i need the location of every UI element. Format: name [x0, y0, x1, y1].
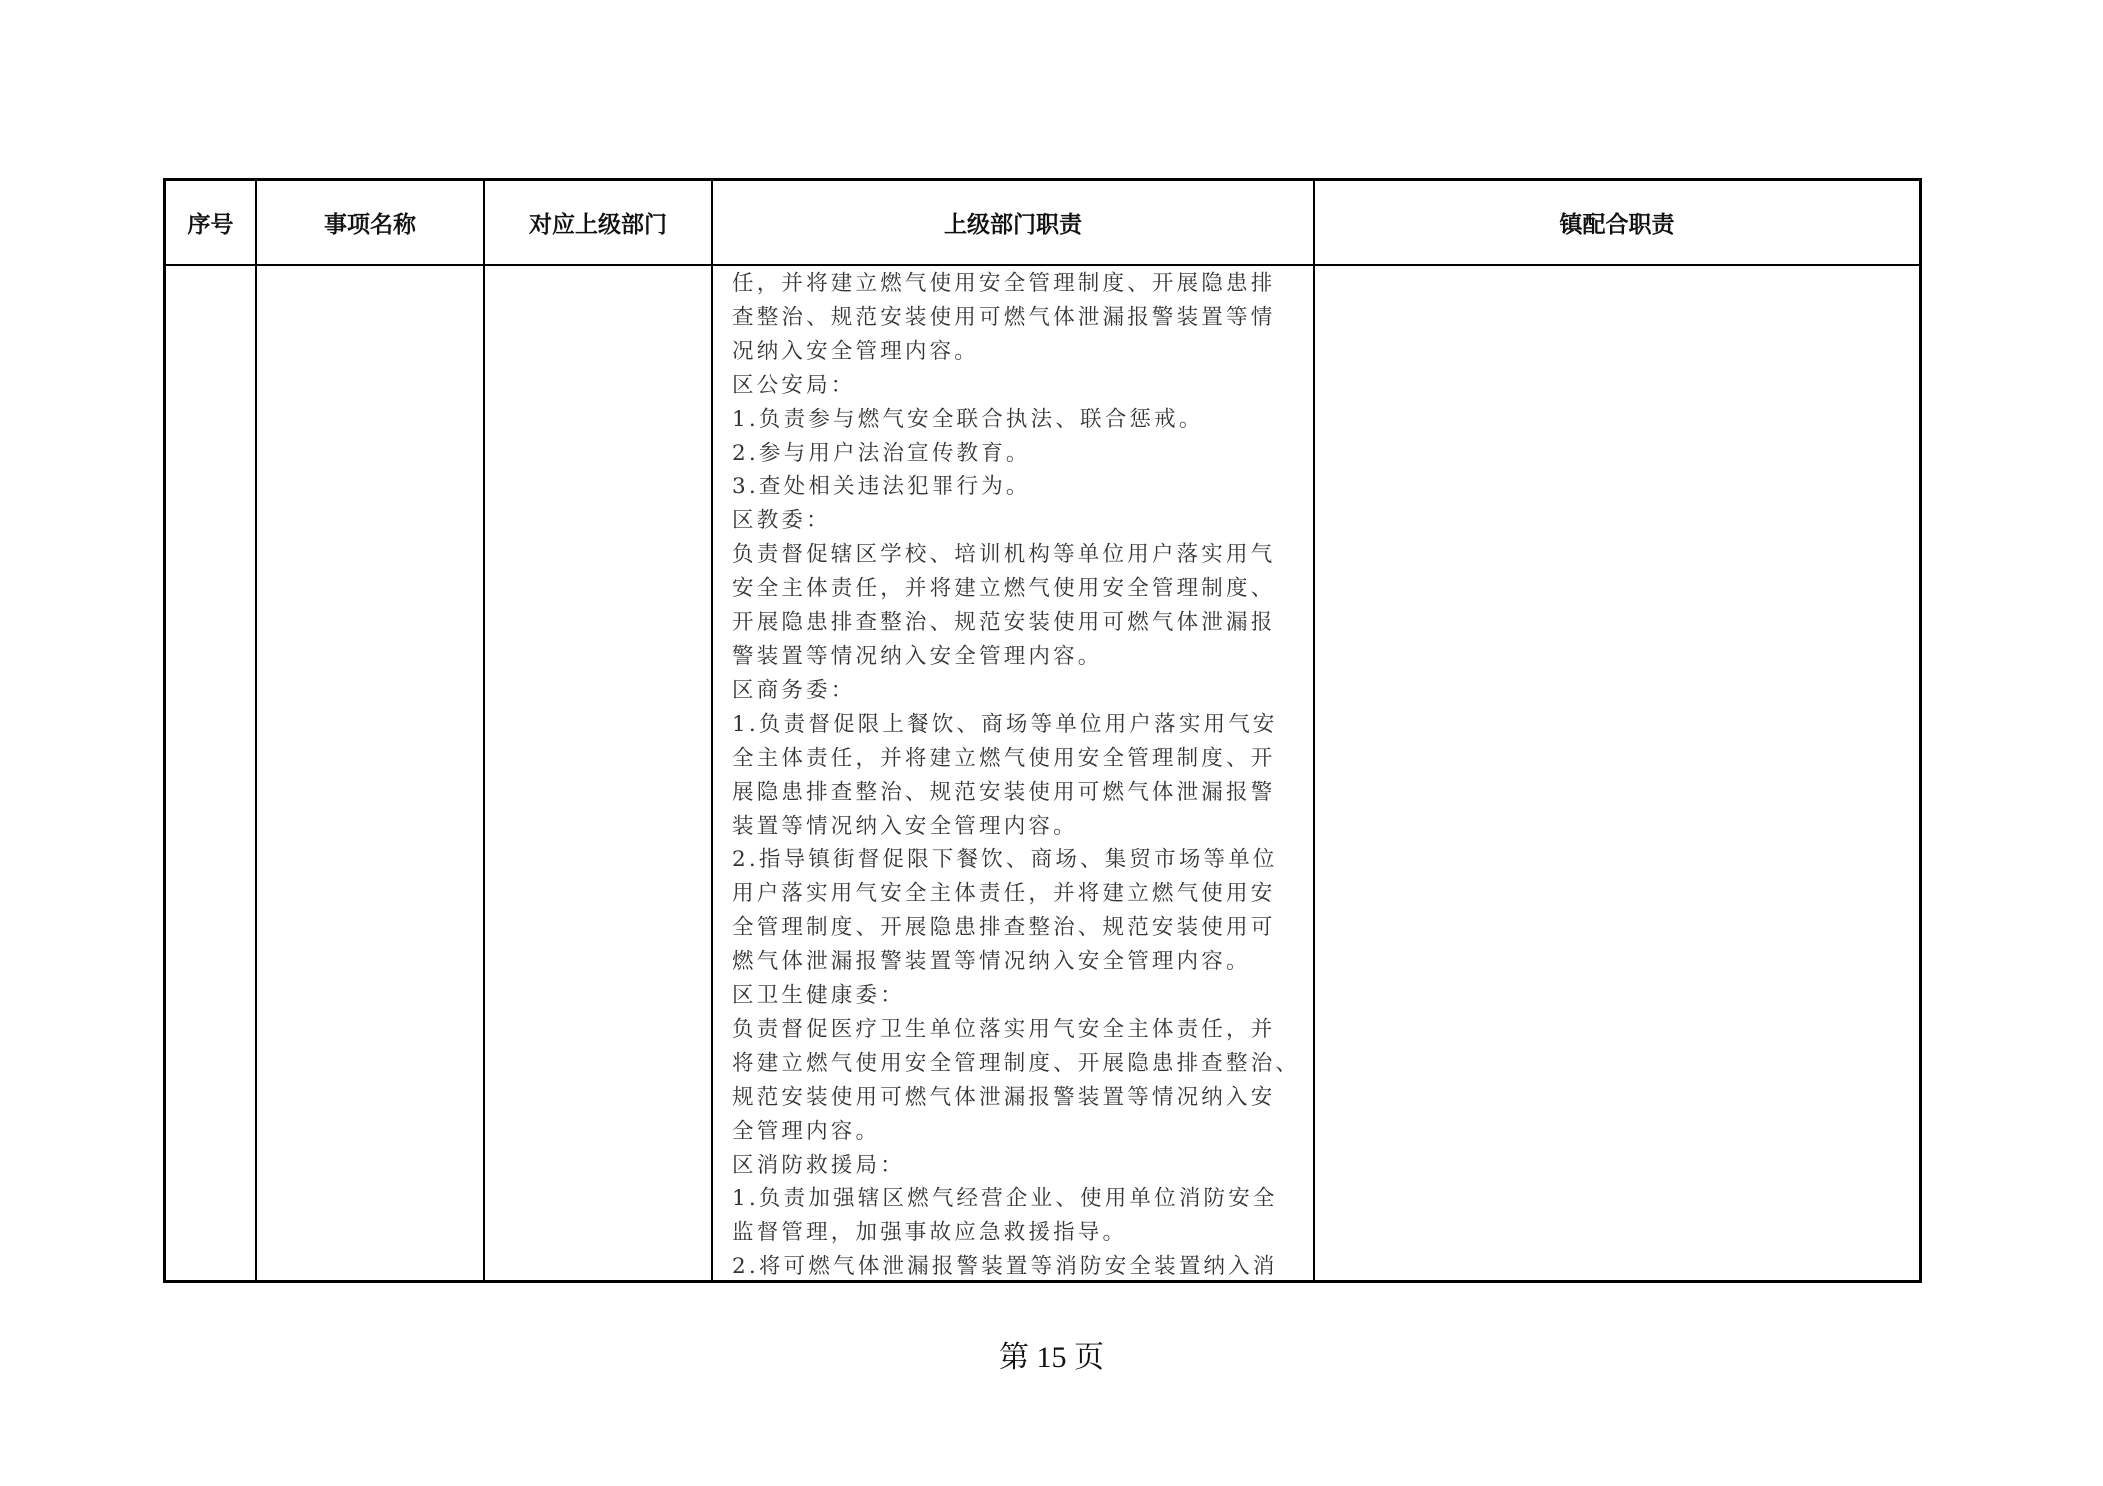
duty-line: 2.参与用户法治宣传教育。	[732, 437, 1316, 471]
duty-line: 1.负责加强辖区燃气经营企业、使用单位消防安全	[732, 1182, 1316, 1216]
duty-line: 1.负责督促限上餐饮、商场等单位用户落实用气安	[732, 708, 1316, 742]
duty-line: 警装置等情况纳入安全管理内容。	[732, 640, 1316, 674]
duty-line: 规范安装使用可燃气体泄漏报警装置等情况纳入安	[732, 1081, 1316, 1115]
duty-line: 区消防救援局：	[732, 1149, 1316, 1183]
duty-line: 全管理制度、开展隐患排查整治、规范安装使用可	[732, 911, 1316, 945]
column-divider	[711, 181, 713, 1280]
duty-line: 装置等情况纳入安全管理内容。	[732, 810, 1316, 844]
duty-line: 2.将可燃气体泄漏报警装置等消防安全装置纳入消	[732, 1250, 1316, 1283]
duty-line: 1.负责参与燃气安全联合执法、联合惩戒。	[732, 403, 1316, 437]
duty-line: 开展隐患排查整治、规范安装使用可燃气体泄漏报	[732, 606, 1316, 640]
duty-line: 负责督促辖区学校、培训机构等单位用户落实用气	[732, 538, 1316, 572]
duty-line: 3.查处相关违法犯罪行为。	[732, 470, 1316, 504]
duty-line: 区公安局：	[732, 369, 1316, 403]
duty-line: 查整治、规范安装使用可燃气体泄漏报警装置等情	[732, 301, 1316, 335]
header-department: 对应上级部门	[485, 181, 711, 264]
duty-line: 负责督促医疗卫生单位落实用气安全主体责任，并	[732, 1013, 1316, 1047]
header-divider	[166, 264, 1919, 266]
duty-line: 区商务委：	[732, 674, 1316, 708]
header-index: 序号	[166, 181, 255, 264]
header-item-name: 事项名称	[257, 181, 483, 264]
header-town-duties: 镇配合职责	[1315, 181, 1919, 264]
duty-line: 监督管理，加强事故应急救援指导。	[732, 1216, 1316, 1250]
duty-line: 区教委：	[732, 504, 1316, 538]
duty-line: 展隐患排查整治、规范安装使用可燃气体泄漏报警	[732, 776, 1316, 810]
duty-line: 区卫生健康委：	[732, 979, 1316, 1013]
header-upper-duties: 上级部门职责	[713, 181, 1313, 264]
duty-line: 安全主体责任，并将建立燃气使用安全管理制度、	[732, 572, 1316, 606]
duty-line: 全管理内容。	[732, 1115, 1316, 1149]
upper-duties-cell: 任，并将建立燃气使用安全管理制度、开展隐患排查整治、规范安装使用可燃气体泄漏报警…	[726, 267, 1316, 1283]
page-number: 第 15 页	[0, 1332, 2103, 1376]
column-divider	[255, 181, 257, 1280]
duty-line: 用户落实用气安全主体责任，并将建立燃气使用安	[732, 877, 1316, 911]
duty-line: 全主体责任，并将建立燃气使用安全管理制度、开	[732, 742, 1316, 776]
duty-line: 将建立燃气使用安全管理制度、开展隐患排查整治、	[732, 1047, 1316, 1081]
column-divider	[483, 181, 485, 1280]
duty-line: 任，并将建立燃气使用安全管理制度、开展隐患排	[732, 267, 1316, 301]
duties-table: 序号 事项名称 对应上级部门 上级部门职责 镇配合职责 任，并将建立燃气使用安全…	[163, 178, 1922, 1283]
duty-line: 燃气体泄漏报警装置等情况纳入安全管理内容。	[732, 945, 1316, 979]
duty-line: 况纳入安全管理内容。	[732, 335, 1316, 369]
duty-line: 2.指导镇街督促限下餐饮、商场、集贸市场等单位	[732, 843, 1316, 877]
